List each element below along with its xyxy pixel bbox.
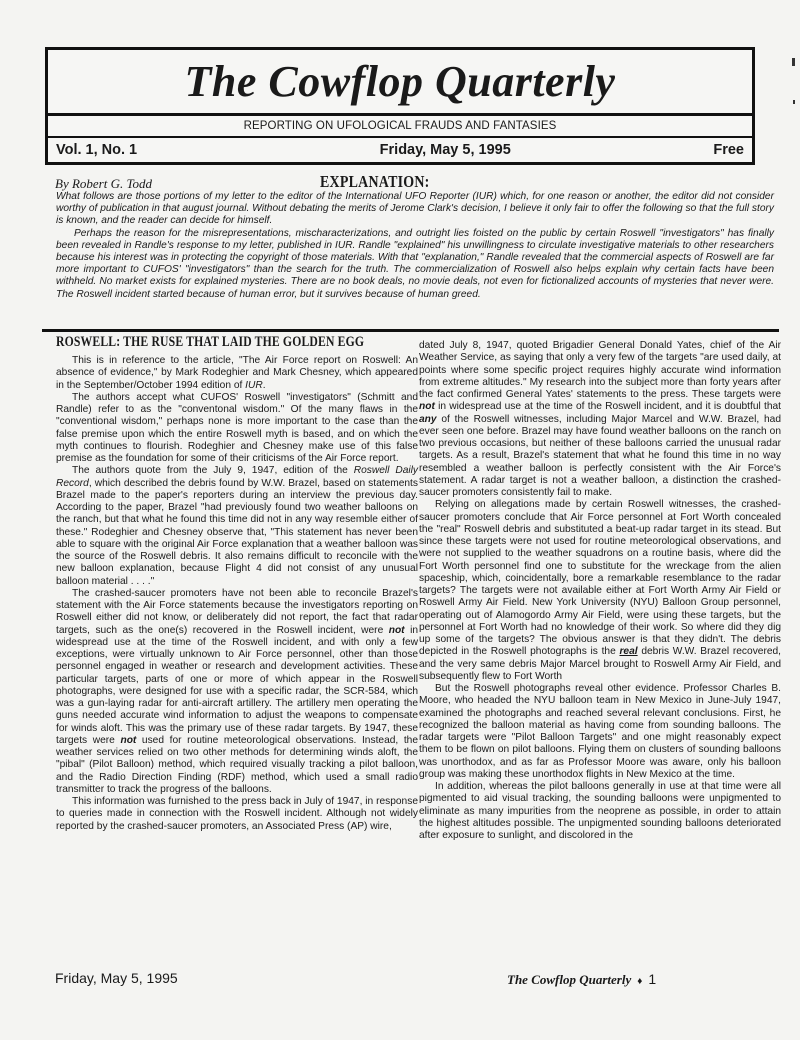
article-paragraph: In addition, whereas the pilot balloons …	[419, 781, 781, 842]
newsletter-title: The Cowflop Quarterly	[48, 50, 752, 116]
masthead: The Cowflop Quarterly REPORTING ON UFOLO…	[45, 47, 755, 165]
diamond-separator-icon: ♦	[637, 976, 642, 987]
explanation-heading: EXPLANATION:	[320, 172, 430, 192]
article-paragraph: But the Roswell photographs reveal other…	[419, 683, 781, 781]
article-paragraph: The crashed-saucer promoters have not be…	[56, 588, 418, 796]
page-number: 1	[648, 971, 656, 987]
newsletter-tagline: REPORTING ON UFOLOGICAL FRAUDS AND FANTA…	[48, 116, 752, 138]
footer-date: Friday, May 5, 1995	[55, 970, 178, 986]
article-paragraph: This information was furnished to the pr…	[56, 796, 418, 833]
explanation-paragraph: Perhaps the reason for the misrepresenta…	[56, 228, 774, 301]
section-divider	[42, 329, 779, 332]
article-headline: ROSWELL: THE RUSE THAT LAID THE GOLDEN E…	[56, 336, 338, 355]
explanation-text: What follows are those portions of my le…	[56, 191, 774, 301]
scan-mark	[792, 58, 795, 66]
price-label: Free	[713, 142, 744, 158]
article-paragraph: dated July 8, 1947, quoted Brigadier Gen…	[419, 340, 781, 499]
scan-mark	[793, 100, 795, 104]
article-paragraph: This is in reference to the article, "Th…	[56, 355, 418, 392]
issue-info-bar: Vol. 1, No. 1 Friday, May 5, 1995 Free	[48, 138, 752, 162]
article-paragraph: Relying on allegations made by certain R…	[419, 499, 781, 683]
article-paragraph: The authors quote from the July 9, 1947,…	[56, 465, 418, 588]
explanation-paragraph: What follows are those portions of my le…	[56, 191, 774, 228]
article-column-left: ROSWELL: THE RUSE THAT LAID THE GOLDEN E…	[56, 336, 418, 833]
volume-number: Vol. 1, No. 1	[56, 142, 137, 158]
author-byline: By Robert G. Todd	[55, 176, 152, 192]
issue-date: Friday, May 5, 1995	[380, 142, 511, 158]
footer-publication-name: The Cowflop Quarterly	[507, 972, 631, 987]
article-paragraph: The authors accept what CUFOS' Roswell "…	[56, 392, 418, 466]
footer-publication: The Cowflop Quarterly♦1	[507, 971, 656, 988]
article-column-right: dated July 8, 1947, quoted Brigadier Gen…	[419, 340, 781, 842]
